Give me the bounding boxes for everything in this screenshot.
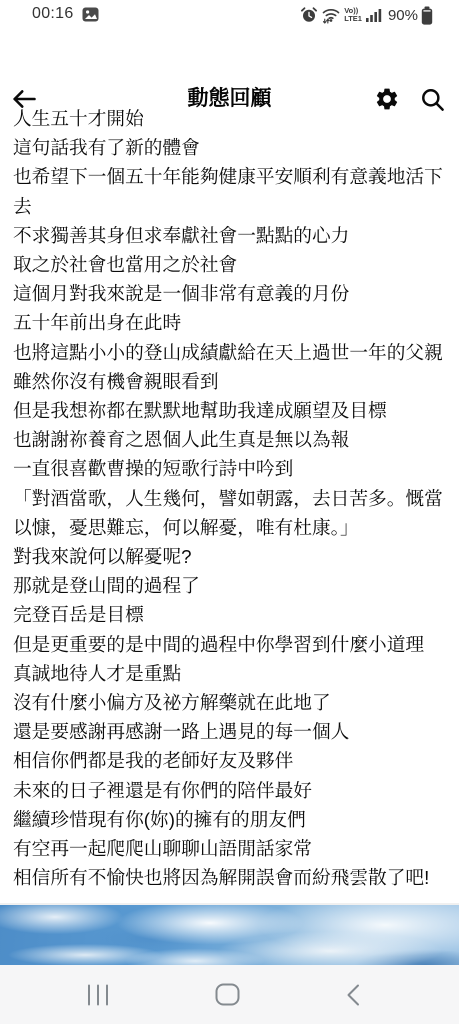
post-line: 有空再一起爬爬山聊聊山語閒話家常 [13,834,451,863]
post-line: 也謝謝祢養育之恩個人此生真是無以為報 [13,425,451,454]
post-photo[interactable] [0,903,459,965]
battery-icon [421,6,433,25]
post-line: 不求獨善其身但求奉獻社會一點點的心力 [13,221,451,250]
wifi-icon [321,6,341,25]
post-line: 繼續珍惜現有你(妳)的擁有的朋友們 [13,805,451,834]
post-line: 相信所有不愉快也將因為解開誤會而紛飛雲散了吧! [13,863,451,892]
post-line: 人生五十才開始 [13,104,451,133]
post-line: 雖然你沒有機會親眼看到 [13,367,451,396]
post-line: 「對酒當歌，人生幾何，譬如朝露，去日苦多。慨當 [13,484,451,513]
status-icons: Vo)) LTE1 90% [300,4,433,26]
post-line: 取之於社會也當用之於社會 [13,250,451,279]
home-button[interactable] [187,965,267,1024]
post-line: 也將這點小小的登山成績獻給在天上過世一年的父親 [13,338,451,367]
post-line: 去 [13,192,451,221]
nav-back-button[interactable] [313,965,393,1024]
signal-strength-icon [365,7,383,23]
post-line: 但是我想祢都在默默地幫助我達成願望及目標 [13,396,451,425]
post-line: 完登百岳是目標 [13,600,451,629]
battery-percent-text: 90% [388,7,418,24]
app-header: 動態回顧 [0,36,459,88]
post-line: 但是更重要的是中間的過程中你學習到什麼小道理 [13,630,451,659]
recent-apps-button[interactable] [58,965,138,1024]
post-line: 這句話我有了新的體會 [13,133,451,162]
post-line: 沒有什麼小偏方及祕方解藥就在此地了 [13,688,451,717]
screenshot-notification-icon [82,7,99,22]
post-line: 未來的日子裡還是有你們的陪伴最好 [13,776,451,805]
recent-apps-icon [87,984,109,1006]
post-line: 對我來說何以解憂呢? [13,542,451,571]
alarm-icon [300,6,318,24]
post-line: 以慷，憂思難忘，何以解憂，唯有杜康。」 [13,513,451,542]
volte-label: Vo)) LTE1 [344,7,362,23]
post-line: 一直很喜歡曹操的短歌行詩中吟到 [13,454,451,483]
post-line: 也希望下一個五十年能夠健康平安順利有意義地活下 [13,162,451,191]
post-line: 相信你們都是我的老師好友及夥伴 [13,746,451,775]
clock-time: 00:16 [32,5,74,23]
back-chevron-icon [345,983,361,1007]
post-line: 五十年前出身在此時 [13,308,451,337]
android-nav-bar [0,965,459,1024]
screen: 00:16 [0,0,459,1024]
status-bar: 00:16 [0,0,459,30]
post-line: 真誠地待人才是重點 [13,659,451,688]
post-line: 那就是登山間的過程了 [13,571,451,600]
volte-bottom-text: LTE1 [344,15,362,23]
post-body[interactable]: 人生五十才開始這句話我有了新的體會也希望下一個五十年能夠健康平安順利有意義地活下… [13,104,451,892]
home-icon [215,983,240,1006]
post-line: 這個月對我來說是一個非常有意義的月份 [13,279,451,308]
post-line: 還是要感謝再感謝一路上遇見的每一個人 [13,717,451,746]
